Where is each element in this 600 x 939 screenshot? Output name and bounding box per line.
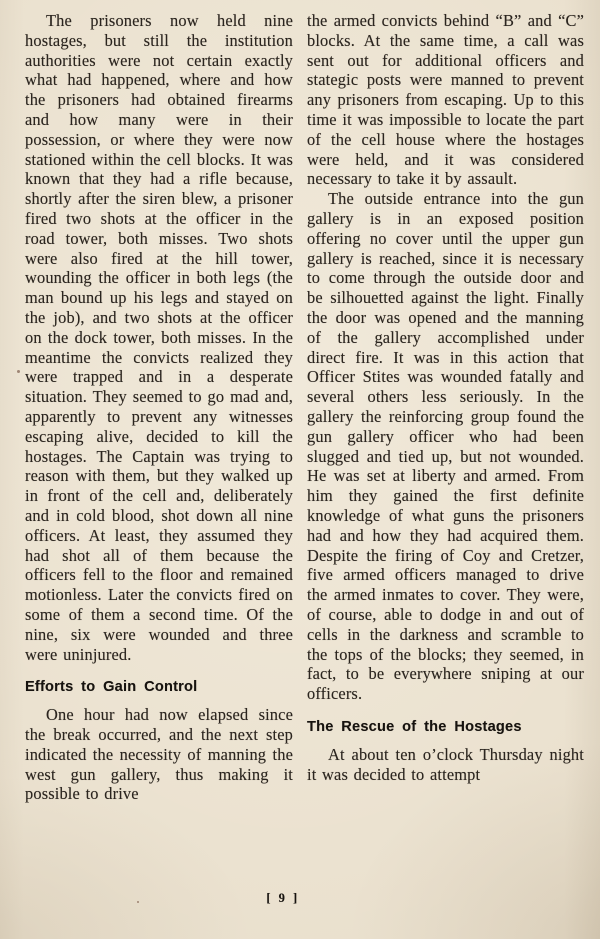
document-page: The prisoners now held nine hostages, bu… xyxy=(0,0,600,939)
page-number: [ 9 ] xyxy=(0,891,566,906)
paragraph-continuation-armed-convicts: the armed convicts behind “B” and “C” bl… xyxy=(307,11,584,189)
paragraph-at-about-ten-oclock: At about ten o’clock Thursday night it w… xyxy=(307,745,584,785)
scanned-book-page: { "page": { "number_label": "[ 9 ]" }, "… xyxy=(0,0,600,939)
paragraph-prisoners-hostages: The prisoners now held nine hostages, bu… xyxy=(25,11,293,664)
ink-speck xyxy=(137,901,139,903)
ink-speck xyxy=(17,370,20,373)
paragraph-one-hour-elapsed: One hour had now elapsed since the break… xyxy=(25,705,293,804)
right-column: the armed convicts behind “B” and “C” bl… xyxy=(307,11,584,939)
section-heading-rescue-of-the-hostages: The Rescue of the Hostages xyxy=(307,719,584,736)
section-heading-efforts-to-gain-control: Efforts to Gain Control xyxy=(25,679,293,696)
paragraph-outside-entrance: The outside entrance into the gun galler… xyxy=(307,189,584,704)
left-column: The prisoners now held nine hostages, bu… xyxy=(25,11,293,939)
